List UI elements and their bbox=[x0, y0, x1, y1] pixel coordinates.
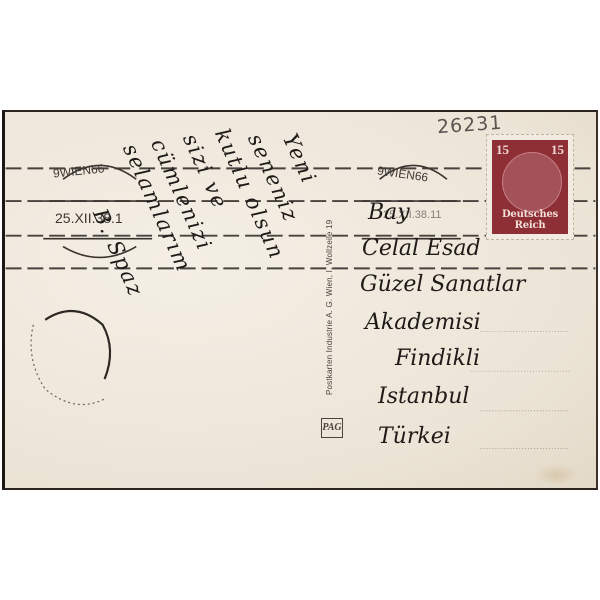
postage-stamp: 15 15 Deutsches Reich bbox=[486, 134, 574, 240]
address-line: Güzel Sanatlar bbox=[360, 272, 525, 297]
address-line: Akademisi bbox=[365, 310, 481, 335]
profile-portrait-icon bbox=[502, 152, 562, 212]
publisher-imprint: Postkarten Industrie A. G. Wien, I. Woll… bbox=[325, 220, 334, 395]
address-line: Istanbul bbox=[378, 384, 469, 409]
address-line: Celal Esad bbox=[362, 236, 481, 261]
address-line: Bay bbox=[368, 200, 410, 225]
stamp-value-left: 15 bbox=[496, 142, 509, 158]
stamp-caption: Deutsches Reich bbox=[492, 209, 568, 231]
paper-stain bbox=[535, 464, 579, 486]
address-line: Türkei bbox=[378, 424, 451, 449]
address-line: Findikli bbox=[395, 346, 480, 371]
publisher-logo: PAG bbox=[321, 418, 343, 438]
stamp-value-right: 15 bbox=[551, 142, 564, 158]
